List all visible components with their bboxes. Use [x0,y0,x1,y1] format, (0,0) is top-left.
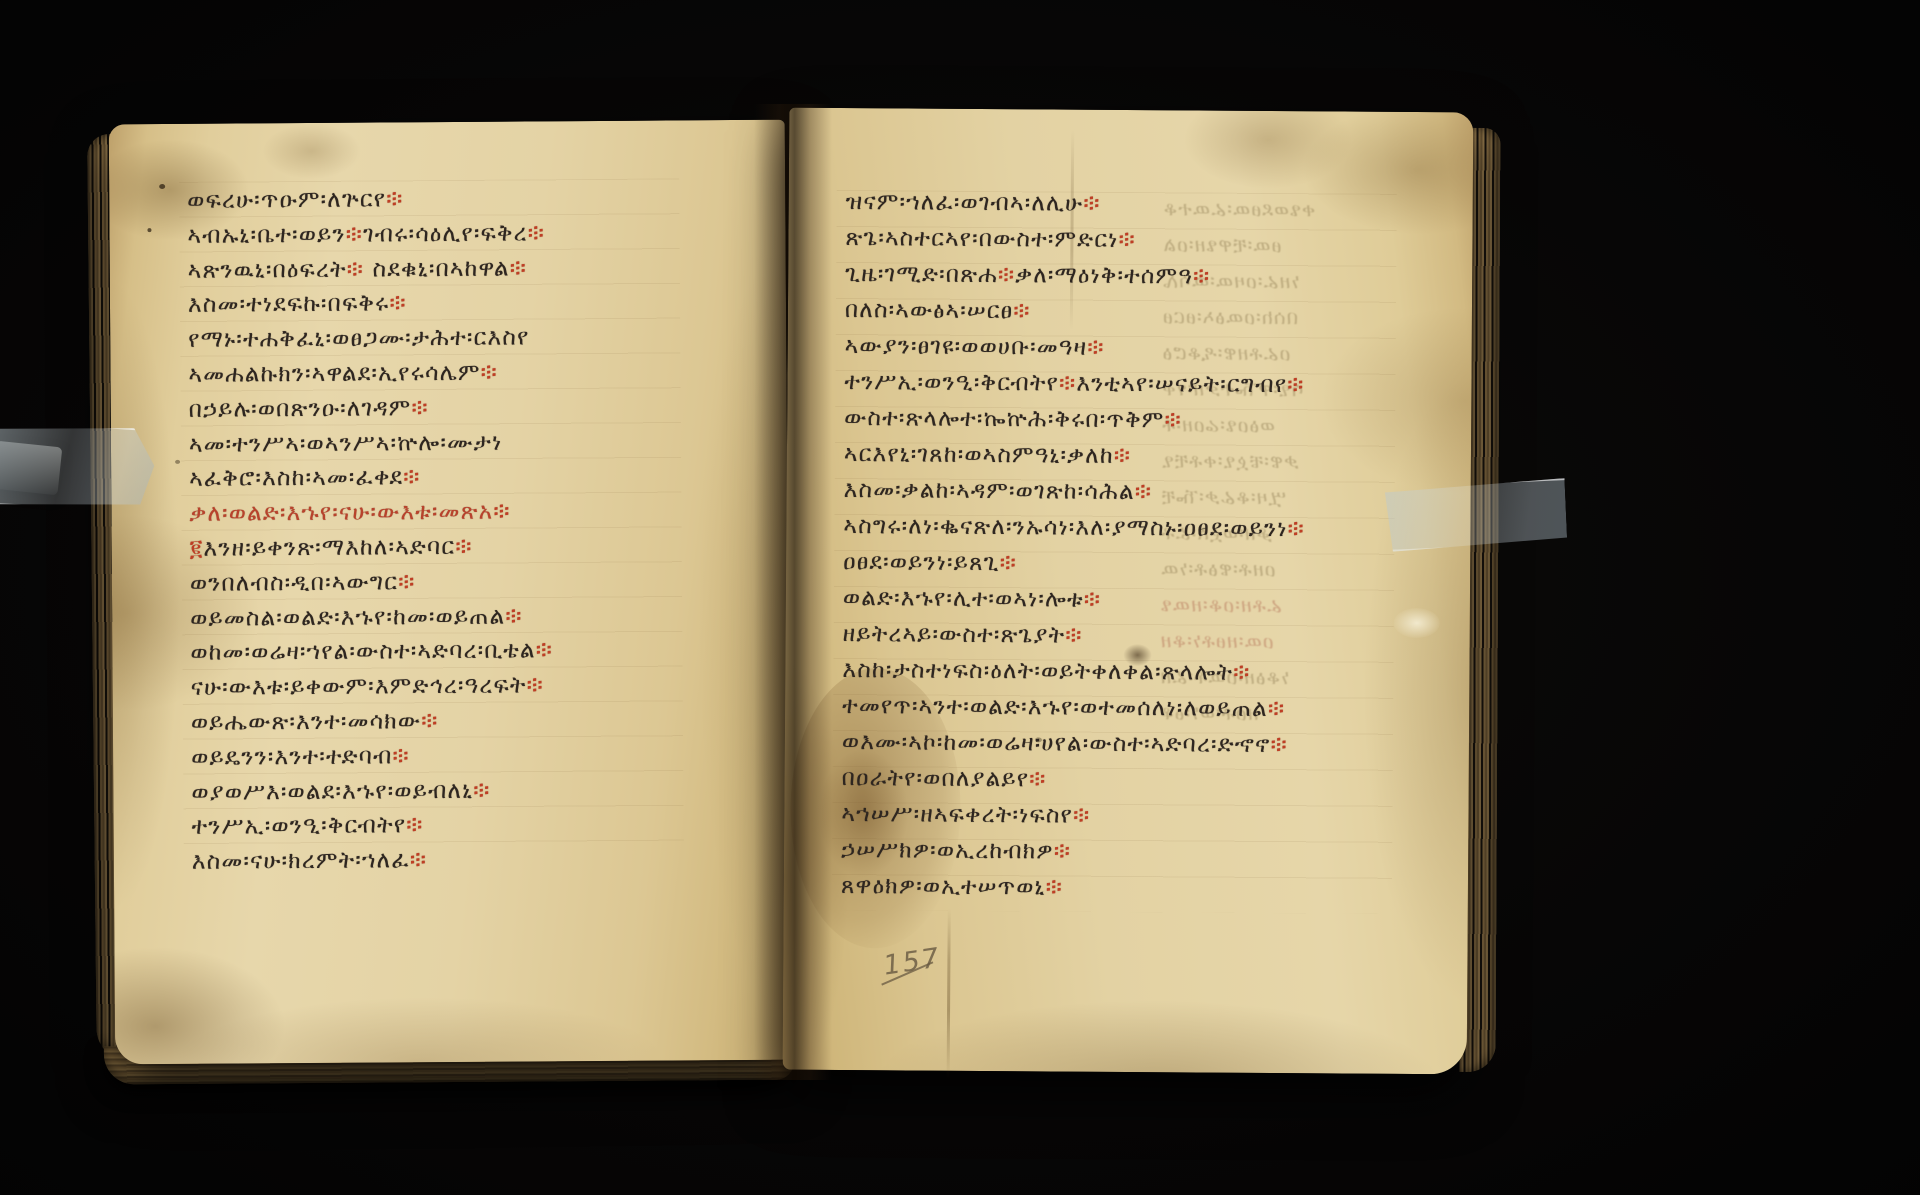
manuscript-text-line: ኣርእየኒ፡ገጸከ፡ወኣስምዓኒ፡ቃለከ፨ [844,436,1404,476]
manuscript-text-line: ኣስግሩ፡ለነ፡ቈናጽለ፡ንኡሳነ፡እለ፡ያማስኑ፡ዐፀደ፡ወይንነ፨ [843,508,1403,548]
manuscript-text-line: በኃይሉ፡ወበጽንዑ፡ለገዳም፨ [189,389,709,427]
manuscript-text-line: እስከ፡ታስተነፍስ፡ዕለት፡ወይትቀለቀል፡ጽላሎት፨ [842,652,1402,692]
manuscript-text-line: ኣኀሠሥ፡ዘኣፍቀረት፡ነፍስየ፨ [841,796,1401,836]
manuscript-text-line: ወከመ፡ወሬዛ፡ኀየል፡ውስተ፡ኣድባረ፡ቢቴል፨ [190,633,710,671]
manuscript-text-line: ኣጽንዉኒ፡በዕፍረት፨ ስደቁኒ፡በኣከዋል፨ [188,250,708,288]
right-page-text: ዝናም፡ኀለፈ፡ወገብኣ፡ለሊሁ፨ጽጌ፡ኣስተርኣየ፡በውስተ፡ምድርነ፨ጊዜ፡… [841,184,1406,908]
manuscript-text-line: ኣመሐልኩክን፡ኣዋልደ፡ኢየሩሳሌም፨ [188,354,708,392]
manuscript-text-line: ወይመስል፡ወልድ፡እኁየ፡ከመ፡ወይጠል፨ [190,598,710,636]
manuscript-text-line: እስመ፡ተነደፍኩ፡በፍቅሩ፨ [188,285,708,323]
photo-stage: ወፍረሁ፡ጥዑም፡ለጕርየ፨ኣብኡኒ፡ቤተ፡ወይን፨ገብሩ፡ሳዕሊየ፡ፍቅረ፨ኣ… [0,0,1920,1195]
left-page: ወፍረሁ፡ጥዑም፡ለጕርየ፨ኣብኡኒ፡ቤተ፡ወይን፨ገብሩ፡ሳዕሊየ፡ፍቅረ፨ኣ… [109,120,792,1065]
manuscript-text-line: ወያወሥእ፡ወልደ፡እኁየ፡ወይብለኒ፨ [191,772,711,810]
manuscript-text-line: ወንበለብስ፡ዲበ፡ኣውግር፨ [190,563,710,601]
manuscript-text-line: ኣፈቅሮ፡እስከ፡ኣመ፡ፈቀደ፨ [189,459,709,497]
manuscript-text-line: የማኑ፡ተሐቅፈኒ፡ወፀጋሙ፡ታሕተ፡ርእስየ [188,319,708,357]
manuscript-text-line: ቃለ፡ወልድ፡እኁየ፡ናሁ፡ውእቱ፡መጽአ፨ [189,493,709,531]
ink-speck [147,228,151,232]
manuscript-text-line: ወፍረሁ፡ጥዑም፡ለጕርየ፨ [187,180,707,218]
manuscript-text-line: በዐራትየ፡ወበለያልይየ፨ [842,760,1402,800]
manuscript-text-line: ተመየጥ፡ኣንተ፡ወልድ፡እኁየ፡ወተመሰለነ፡ለወይጠል፨ [842,688,1402,728]
manuscript-text-line: ወይዴንን፡እንተ፡ተድባብ፨ [191,737,711,775]
manuscript-text-line: ጸዋዕክዎ፡ወኢተሠጥወኒ፨ [841,868,1401,908]
manuscript-text-line: ወልድ፡እኁየ፡ሊተ፡ወኣነ፡ሎቱ፨ [843,580,1403,620]
manuscript-book: ወፍረሁ፡ጥዑም፡ለጕርየ፨ኣብኡኒ፡ቤተ፡ወይን፨ገብሩ፡ሳዕሊየ፡ፍቅረ፨ኣ… [0,0,1920,1195]
manuscript-text-line: ወእሙ፡ኣኮ፡ከመ፡ወሬዛ፡ሀየል፡ውስተ፡ኣድባረ፡ድኆኖ፨ [842,724,1402,764]
manuscript-text-line: ዘይትረኣይ፡ውስተ፡ጽጌያት፨ [843,616,1403,656]
manuscript-text-line: እስመ፡ናሁ፡ክረምት፡ኀለፈ፨ [192,841,712,879]
manuscript-text-line: እስመ፡ቃልከ፡ኣዳም፡ወገጽከ፡ሳሕል፨ [844,472,1404,512]
manuscript-text-line: ኃሠሥክዎ፡ወኢረከብክዎ፨ [841,832,1401,872]
manuscript-text-line: ዝናም፡ኀለፈ፡ወገብኣ፡ለሊሁ፨ [846,184,1406,224]
manuscript-text-line: ፪እንዘ፡ይቀንጽ፡ማእከለ፡ኣድባር፨ [190,528,710,566]
manuscript-text-line: በለስ፡ኣውፅኣ፡ሠርፀ፨ [845,292,1405,332]
manuscript-text-line: ጊዜ፡ገሚድ፡በጽሐ፨ቃለ፡ማዕነቅ፡ተሰምዓ፨ [845,256,1405,296]
folio-number: 157 [881,942,943,981]
ink-speck [175,460,180,464]
manuscript-text-line: ኣመ፡ተንሥኣ፡ወኣንሥኣ፡ኵሎ፡ሙታነ [189,424,709,462]
glass-page-weight-left [0,418,157,515]
manuscript-text-line: ናሁ፡ውእቱ፡ይቀውም፡እምድኅረ፡ዓረፍት፨ [191,667,711,705]
manuscript-text-line: ተንሥኢ፡ወንዒ፡ቅርብትየ፨እንቲኣየ፡ሠናይት፡ርግብየ፨ [844,364,1404,404]
manuscript-text-line: ኣውያን፡ፀገዩ፡ወወሀቡ፡መዓዛ፨ [845,328,1405,368]
parchment-crease [947,909,951,1079]
manuscript-text-line: ኣብኡኒ፡ቤተ፡ወይን፨ገብሩ፡ሳዕሊየ፡ፍቅረ፨ [187,215,707,253]
ink-speck [159,184,165,189]
manuscript-text-line: ጽጌ፡ኣስተርኣየ፡በውስተ፡ምድርነ፨ [845,220,1405,260]
manuscript-text-line: ዐፀደ፡ወይንነ፡ይጸጊ፨ [843,544,1403,584]
right-page: ቀፄወደፀዉ፡ፈዉተቆፀዉ፡ቺዋፄዘ፡ዐልነዘፈ፡ዐዛዉ፡ዉሳሌበሰከ፡ዐዉፅኣ… [783,108,1474,1075]
left-page-text: ወፍረሁ፡ጥዑም፡ለጕርየ፨ኣብኡኒ፡ቤተ፡ወይን፨ገብሩ፡ሳዕሊየ፡ፍቅረ፨ኣ… [187,180,712,880]
manuscript-text-line: ተንሥኢ፡ወንዒ፡ቅርብትየ፨ [192,807,712,845]
manuscript-text-line: ወይሔውጽ፡እንተ፡መሳክው፨ [191,702,711,740]
manuscript-text-line: ውስተ፡ጽላሎተ፡ኰኵሕ፡ቅሩበ፡ጥቅም፨ [844,400,1404,440]
